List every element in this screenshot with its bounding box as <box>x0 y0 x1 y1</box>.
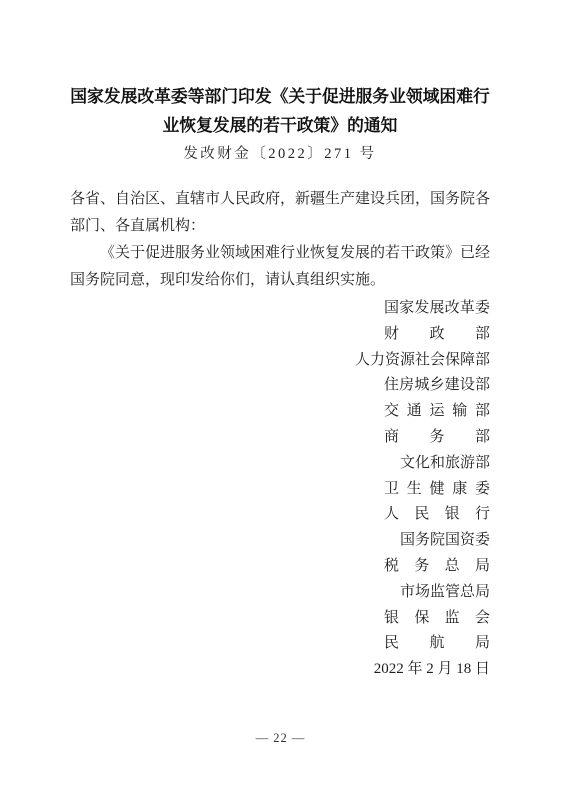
document-number: 发改财金〔2022〕271 号 <box>70 146 490 163</box>
signature-line-mohrss: 人力资源社会保障部 <box>70 348 490 374</box>
signature-line-caac: 民航局 <box>384 631 490 657</box>
document-content: 国家发展改革委等部门印发《关于促进服务业领域困难行 业恢复发展的若干政策》的通知… <box>70 82 490 683</box>
signature-line-sasac: 国务院国资委 <box>70 528 490 554</box>
title-line-2: 业恢复发展的若干政策》的通知 <box>70 111 490 140</box>
signature-line-ndrc: 国家发展改革委 <box>384 296 490 322</box>
salutation-paragraph: 各省、自治区、直辖市人民政府，新疆生产建设兵团，国务院各部门、各直属机构： <box>70 186 490 240</box>
signature-date: 2022 年 2 月 18 日 <box>70 657 490 683</box>
signature-line-cbirc: 银保监会 <box>384 606 490 632</box>
signature-line-mofcom: 商务部 <box>384 425 490 451</box>
signature-line-mct: 文化和旅游部 <box>70 451 490 477</box>
page-number: — 22 — <box>0 731 561 746</box>
signature-block: 国家发展改革委 财政部 人力资源社会保障部 住房城乡建设部 交通运输部 商务部 … <box>70 296 490 683</box>
signature-line-mot: 交通运输部 <box>384 399 490 425</box>
signature-line-mohurd: 住房城乡建设部 <box>384 373 490 399</box>
document-body: 各省、自治区、直辖市人民政府，新疆生产建设兵团，国务院各部门、各直属机构： 《关… <box>70 186 490 294</box>
document-page: 国家发展改革委等部门印发《关于促进服务业领域困难行 业恢复发展的若干政策》的通知… <box>0 0 561 793</box>
signature-line-sta: 税务总局 <box>384 554 490 580</box>
signature-line-nhc: 卫生健康委 <box>384 477 490 503</box>
document-title: 国家发展改革委等部门印发《关于促进服务业领域困难行 业恢复发展的若干政策》的通知 <box>70 82 490 140</box>
body-paragraph: 《关于促进服务业领域困难行业恢复发展的若干政策》已经国务院同意，现印发给你们，请… <box>70 240 490 294</box>
signature-line-mof: 财政部 <box>384 322 490 348</box>
signature-line-samr: 市场监管总局 <box>70 580 490 606</box>
signature-line-pboc: 人民银行 <box>384 502 490 528</box>
title-line-1: 国家发展改革委等部门印发《关于促进服务业领域困难行 <box>70 82 490 111</box>
